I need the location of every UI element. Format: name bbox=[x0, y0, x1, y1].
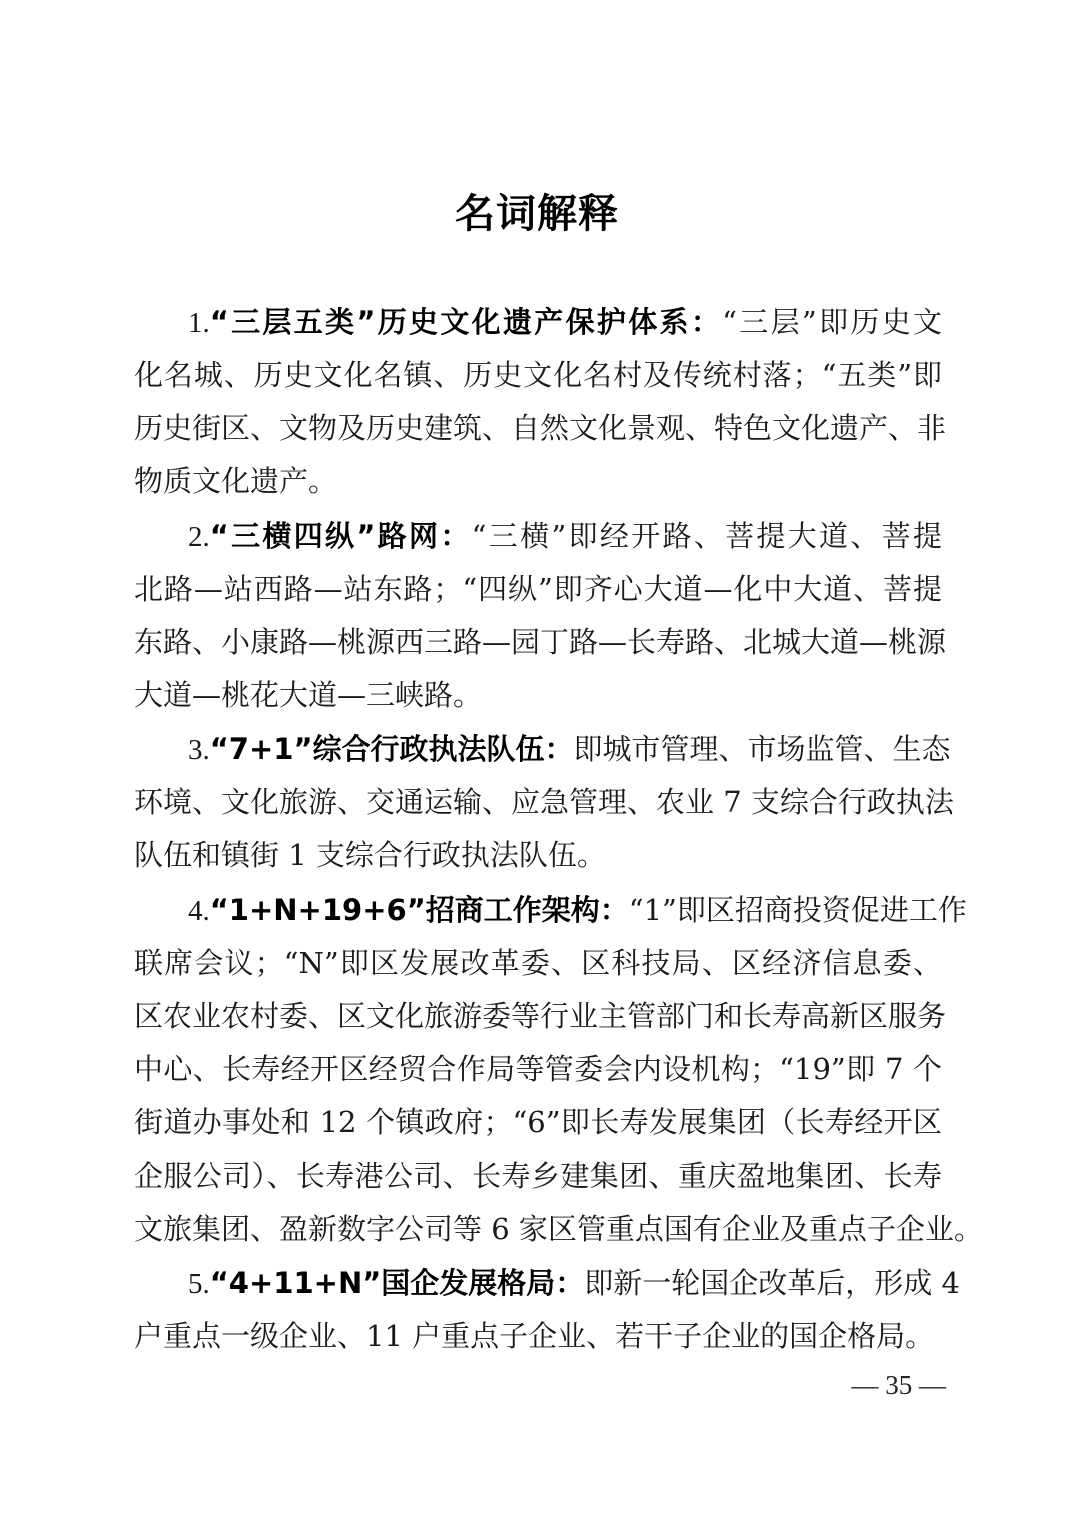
entry-text: 即城市管理、市场监管、生态 bbox=[574, 732, 951, 766]
entry-1-line-4: 物质文化遗产。 bbox=[134, 461, 942, 501]
entry-text: “三横”即经开路、菩提大道、菩提 bbox=[472, 519, 942, 553]
entry-4-line-1: 4.“1+N+19+6”招商工作架构：“1”即区招商投资促进工作 bbox=[188, 890, 942, 930]
entry-number: 3. bbox=[188, 734, 210, 766]
entry-1-line-1: 1.“三层五类”历史文化遗产保护体系：“三层”即历史文 bbox=[188, 302, 942, 342]
entry-1-line-3: 历史街区、文物及历史建筑、自然文化景观、特色文化遗产、非 bbox=[134, 408, 942, 448]
entry-2-line-4: 大道—桃花大道—三峡路。 bbox=[134, 675, 942, 715]
page-number: — 35 — bbox=[836, 1370, 946, 1401]
entry-4-line-5: 街道办事处和 12 个镇政府；“6”即长寿发展集团（长寿经开区 bbox=[134, 1102, 942, 1142]
entry-number: 1. bbox=[188, 307, 210, 339]
entry-term: “三层五类”历史文化遗产保护体系： bbox=[210, 305, 722, 339]
entry-term: “7+1”综合行政执法队伍： bbox=[210, 732, 574, 766]
entry-text: 即新一轮国企改革后，形成 4 bbox=[584, 1266, 960, 1300]
entry-text: “三层”即历史文 bbox=[722, 305, 942, 339]
entry-4-line-3: 区农业农村委、区文化旅游委等行业主管部门和长寿高新区服务 bbox=[134, 996, 942, 1036]
entry-term: “4+11+N”国企发展格局： bbox=[210, 1266, 585, 1300]
entry-1-line-2: 化名城、历史文化名镇、历史文化名村及传统村落；“五类”即 bbox=[134, 355, 942, 395]
entry-term: “1+N+19+6”招商工作架构： bbox=[210, 893, 629, 927]
entry-2-line-2: 北路—站西路—站东路；“四纵”即齐心大道—化中大道、菩提 bbox=[134, 569, 942, 609]
entry-3-line-1: 3.“7+1”综合行政执法队伍：即城市管理、市场监管、生态 bbox=[188, 729, 942, 769]
entry-number: 2. bbox=[188, 521, 210, 553]
entry-3-line-2: 环境、文化旅游、交通运输、应急管理、农业 7 支综合行政执法 bbox=[134, 782, 942, 822]
entry-4-line-7: 文旅集团、盈新数字公司等 6 家区管重点国有企业及重点子企业。 bbox=[134, 1209, 942, 1249]
entry-3-line-3: 队伍和镇街 1 支综合行政执法队伍。 bbox=[134, 835, 942, 875]
entry-4-line-2: 联席会议；“N”即区发展改革委、区科技局、区经济信息委、 bbox=[134, 943, 942, 983]
entry-text: “1”即区招商投资促进工作 bbox=[629, 893, 967, 927]
entry-5-line-1: 5.“4+11+N”国企发展格局：即新一轮国企改革后，形成 4 bbox=[188, 1263, 942, 1303]
entry-number: 4. bbox=[188, 895, 210, 927]
entry-2-line-3: 东路、小康路—桃源西三路—园丁路—长寿路、北城大道—桃源 bbox=[134, 622, 942, 662]
entry-4-line-4: 中心、长寿经开区经贸合作局等管委会内设机构；“19”即 7 个 bbox=[134, 1049, 942, 1089]
entry-term: “三横四纵”路网： bbox=[210, 519, 472, 553]
page-title: 名词解释 bbox=[0, 182, 1074, 239]
entry-4-line-6: 企服公司）、长寿港公司、长寿乡建集团、重庆盈地集团、长寿 bbox=[134, 1156, 942, 1196]
entry-5-line-2: 户重点一级企业、11 户重点子企业、若干子企业的国企格局。 bbox=[134, 1316, 942, 1356]
entry-number: 5. bbox=[188, 1268, 210, 1300]
entry-2-line-1: 2.“三横四纵”路网：“三横”即经开路、菩提大道、菩提 bbox=[188, 516, 942, 556]
